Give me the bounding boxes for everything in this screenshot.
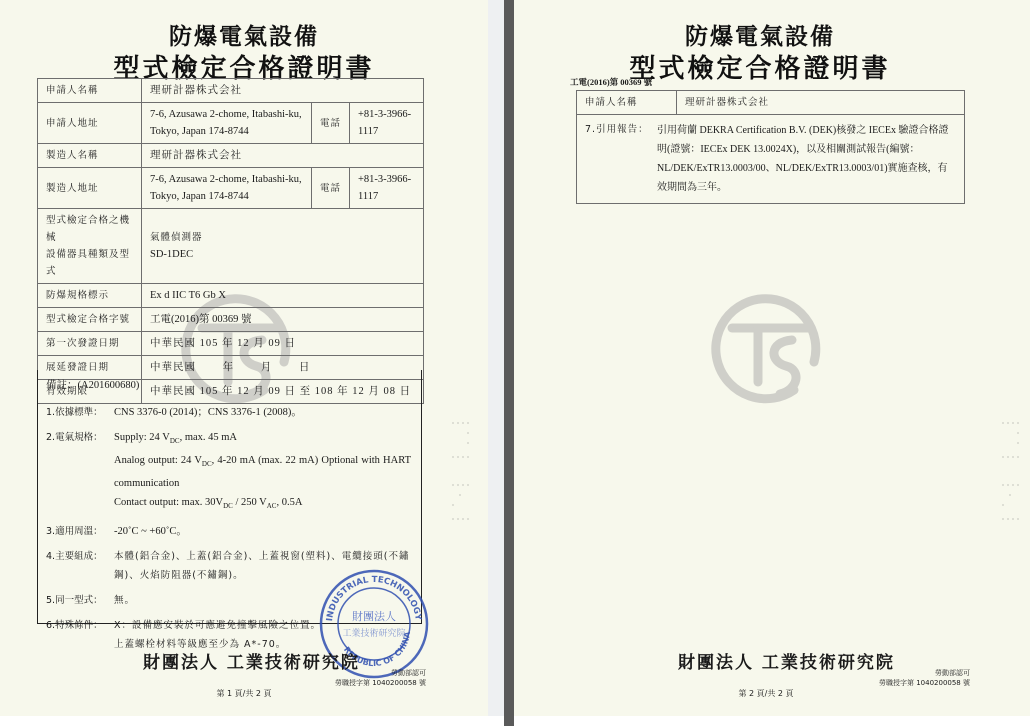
- certificate-number-value: 工電(2016)第 00369 號: [142, 308, 424, 332]
- note-value: -20˚C ~ +60˚C。: [114, 522, 421, 541]
- address-line-1: 7-6, Azusawa 2-chome, Itabashi-ku,: [150, 106, 303, 123]
- certificate-page-1: 防爆電氣設備 型式檢定合格證明書 申請人名稱 理研計器株式会社 申請人地址 7-…: [0, 0, 488, 716]
- security-dot-pattern-icon: [450, 415, 472, 535]
- first-issue-date-value: 中華民國 105 年 12 月 09 日: [142, 332, 424, 356]
- phone-line-1: +81-3-3966-: [358, 106, 415, 123]
- certificate-info-table: 申請人名稱 理研計器株式会社 申請人地址 7-6, Azusawa 2-chom…: [37, 78, 424, 404]
- contact-output-spec: Contact output: max. 30VDC / 250 VAC, 0.…: [114, 493, 411, 516]
- approval-line-2: 勞職授字第 1040200058 號: [860, 678, 970, 688]
- applicant-name-label: 申請人名稱: [577, 91, 677, 115]
- table-row: 第一次發證日期 中華民國 105 年 12 月 09 日: [38, 332, 424, 356]
- note-value: CNS 3376-0 (2014)；CNS 3376-1 (2008)。: [114, 403, 421, 422]
- label-line-2: 設備器具種類及型式: [46, 246, 133, 280]
- phone-label: 電話: [312, 168, 350, 209]
- remarks-header: 備註：(A201600680): [46, 376, 421, 395]
- equipment-model: SD-1DEC: [150, 246, 415, 263]
- address-line-2: Tokyo, Japan 174-8744: [150, 188, 303, 205]
- phone-label: 電話: [312, 103, 350, 144]
- note-standards: 1.依據標準： CNS 3376-0 (2014)；CNS 3376-1 (20…: [46, 403, 421, 422]
- table-row: 型式檢定合格之機械設備器具種類及型式 氣體偵測器SD-1DEC: [38, 209, 424, 284]
- referenced-report-text: 引用荷蘭 DEKRA Certification B.V. (DEK)核發之 I…: [657, 121, 956, 197]
- manufacturer-address-value: 7-6, Azusawa 2-chome, Itabashi-ku,Tokyo,…: [142, 168, 312, 209]
- note-key: 1.依據標準：: [46, 403, 114, 422]
- phone-value: +81-3-3966-1117: [350, 168, 424, 209]
- approval-note: 勞動部認可 勞職授字第 1040200058 號: [330, 668, 426, 688]
- approval-line-1: 勞動部認可: [330, 668, 426, 678]
- table-row: 7.引用報告： 引用荷蘭 DEKRA Certification B.V. (D…: [577, 115, 965, 204]
- applicant-name-value: 理研計器株式会社: [677, 91, 965, 115]
- table-row: 製造人名稱 理研計器株式会社: [38, 144, 424, 168]
- title-line-1: 防爆電氣設備: [514, 18, 1018, 51]
- page-edge: [488, 0, 504, 716]
- table-row: 製造人地址 7-6, Azusawa 2-chome, Itabashi-ku,…: [38, 168, 424, 209]
- equipment-type-value: 氣體偵測器SD-1DEC: [142, 209, 424, 284]
- supply-spec: Supply: 24 VDC, max. 45 mA: [114, 428, 411, 451]
- applicant-name-value: 理研計器株式会社: [142, 79, 424, 103]
- certificate-number-label: 型式檢定合格字號: [38, 308, 142, 332]
- first-issue-date-label: 第一次發證日期: [38, 332, 142, 356]
- certificate-page-2: 防爆電氣設備 型式檢定合格證明書 工電(2016)第 00369 號 申請人名稱…: [514, 0, 1030, 716]
- page-divider: [504, 0, 514, 726]
- table-row: 防爆規格標示 Ex d IIC T6 Gb X: [38, 284, 424, 308]
- address-line-1: 7-6, Azusawa 2-chome, Itabashi-ku,: [150, 171, 303, 188]
- note-key: 3.適用周溫：: [46, 522, 114, 541]
- explosion-proof-marking-label: 防爆規格標示: [38, 284, 142, 308]
- security-dot-pattern-icon: [1000, 415, 1022, 535]
- page-number: 第 2 頁/共 2 頁: [514, 688, 1024, 699]
- issuing-organization: 財團法人 工業技術研究院: [143, 648, 360, 673]
- approval-note: 勞動部認可 勞職授字第 1040200058 號: [860, 668, 970, 688]
- table-row: 申請人名稱 理研計器株式会社: [577, 91, 965, 115]
- phone-line-2: 1117: [358, 188, 415, 205]
- table-row: 申請人地址 7-6, Azusawa 2-chome, Itabashi-ku,…: [38, 103, 424, 144]
- note-key: 7.引用報告：: [585, 121, 657, 197]
- seal-center-line-1: 財團法人: [352, 609, 396, 623]
- note-ambient-temp: 3.適用周溫： -20˚C ~ +60˚C。: [46, 522, 421, 541]
- itri-ts-logo-watermark-icon: [710, 290, 830, 410]
- manufacturer-address-label: 製造人地址: [38, 168, 142, 209]
- applicant-address-value: 7-6, Azusawa 2-chome, Itabashi-ku,Tokyo,…: [142, 103, 312, 144]
- table-row: 申請人名稱 理研計器株式会社: [38, 79, 424, 103]
- approval-line-2: 勞職授字第 1040200058 號: [330, 678, 426, 688]
- analog-output-spec: Analog output: 24 VDC, 4-20 mA (max. 22 …: [114, 451, 411, 493]
- applicant-name-label: 申請人名稱: [38, 79, 142, 103]
- approval-line-1: 勞動部認可: [860, 668, 970, 678]
- note-key: 6.特殊條件：: [46, 616, 114, 654]
- note-key: 2.電氣規格：: [46, 428, 114, 516]
- explosion-proof-marking-value: Ex d IIC T6 Gb X: [142, 284, 424, 308]
- table-row: 型式檢定合格字號 工電(2016)第 00369 號: [38, 308, 424, 332]
- page2-info-table: 申請人名稱 理研計器株式会社 7.引用報告： 引用荷蘭 DEKRA Certif…: [576, 90, 965, 204]
- certificate-number: 工電(2016)第 00369 號: [570, 76, 652, 88]
- manufacturer-name-label: 製造人名稱: [38, 144, 142, 168]
- manufacturer-name-value: 理研計器株式会社: [142, 144, 424, 168]
- equipment-kind: 氣體偵測器: [150, 229, 415, 246]
- page-number: 第 1 頁/共 2 頁: [0, 688, 488, 699]
- phone-value: +81-3-3966-1117: [350, 103, 424, 144]
- seal-center-line-2: 工業技術研究院: [342, 627, 405, 639]
- note-key: 5.同一型式：: [46, 591, 114, 610]
- equipment-type-label: 型式檢定合格之機械設備器具種類及型式: [38, 209, 142, 284]
- applicant-address-label: 申請人地址: [38, 103, 142, 144]
- phone-line-1: +81-3-3966-: [358, 171, 415, 188]
- title-line-1: 防爆電氣設備: [0, 18, 488, 51]
- note-electrical-specs: 2.電氣規格： Supply: 24 VDC, max. 45 mA Analo…: [46, 428, 421, 516]
- label-line-1: 型式檢定合格之機械: [46, 212, 133, 246]
- address-line-2: Tokyo, Japan 174-8744: [150, 123, 303, 140]
- phone-line-2: 1117: [358, 123, 415, 140]
- note-key: 4.主要組成：: [46, 547, 114, 585]
